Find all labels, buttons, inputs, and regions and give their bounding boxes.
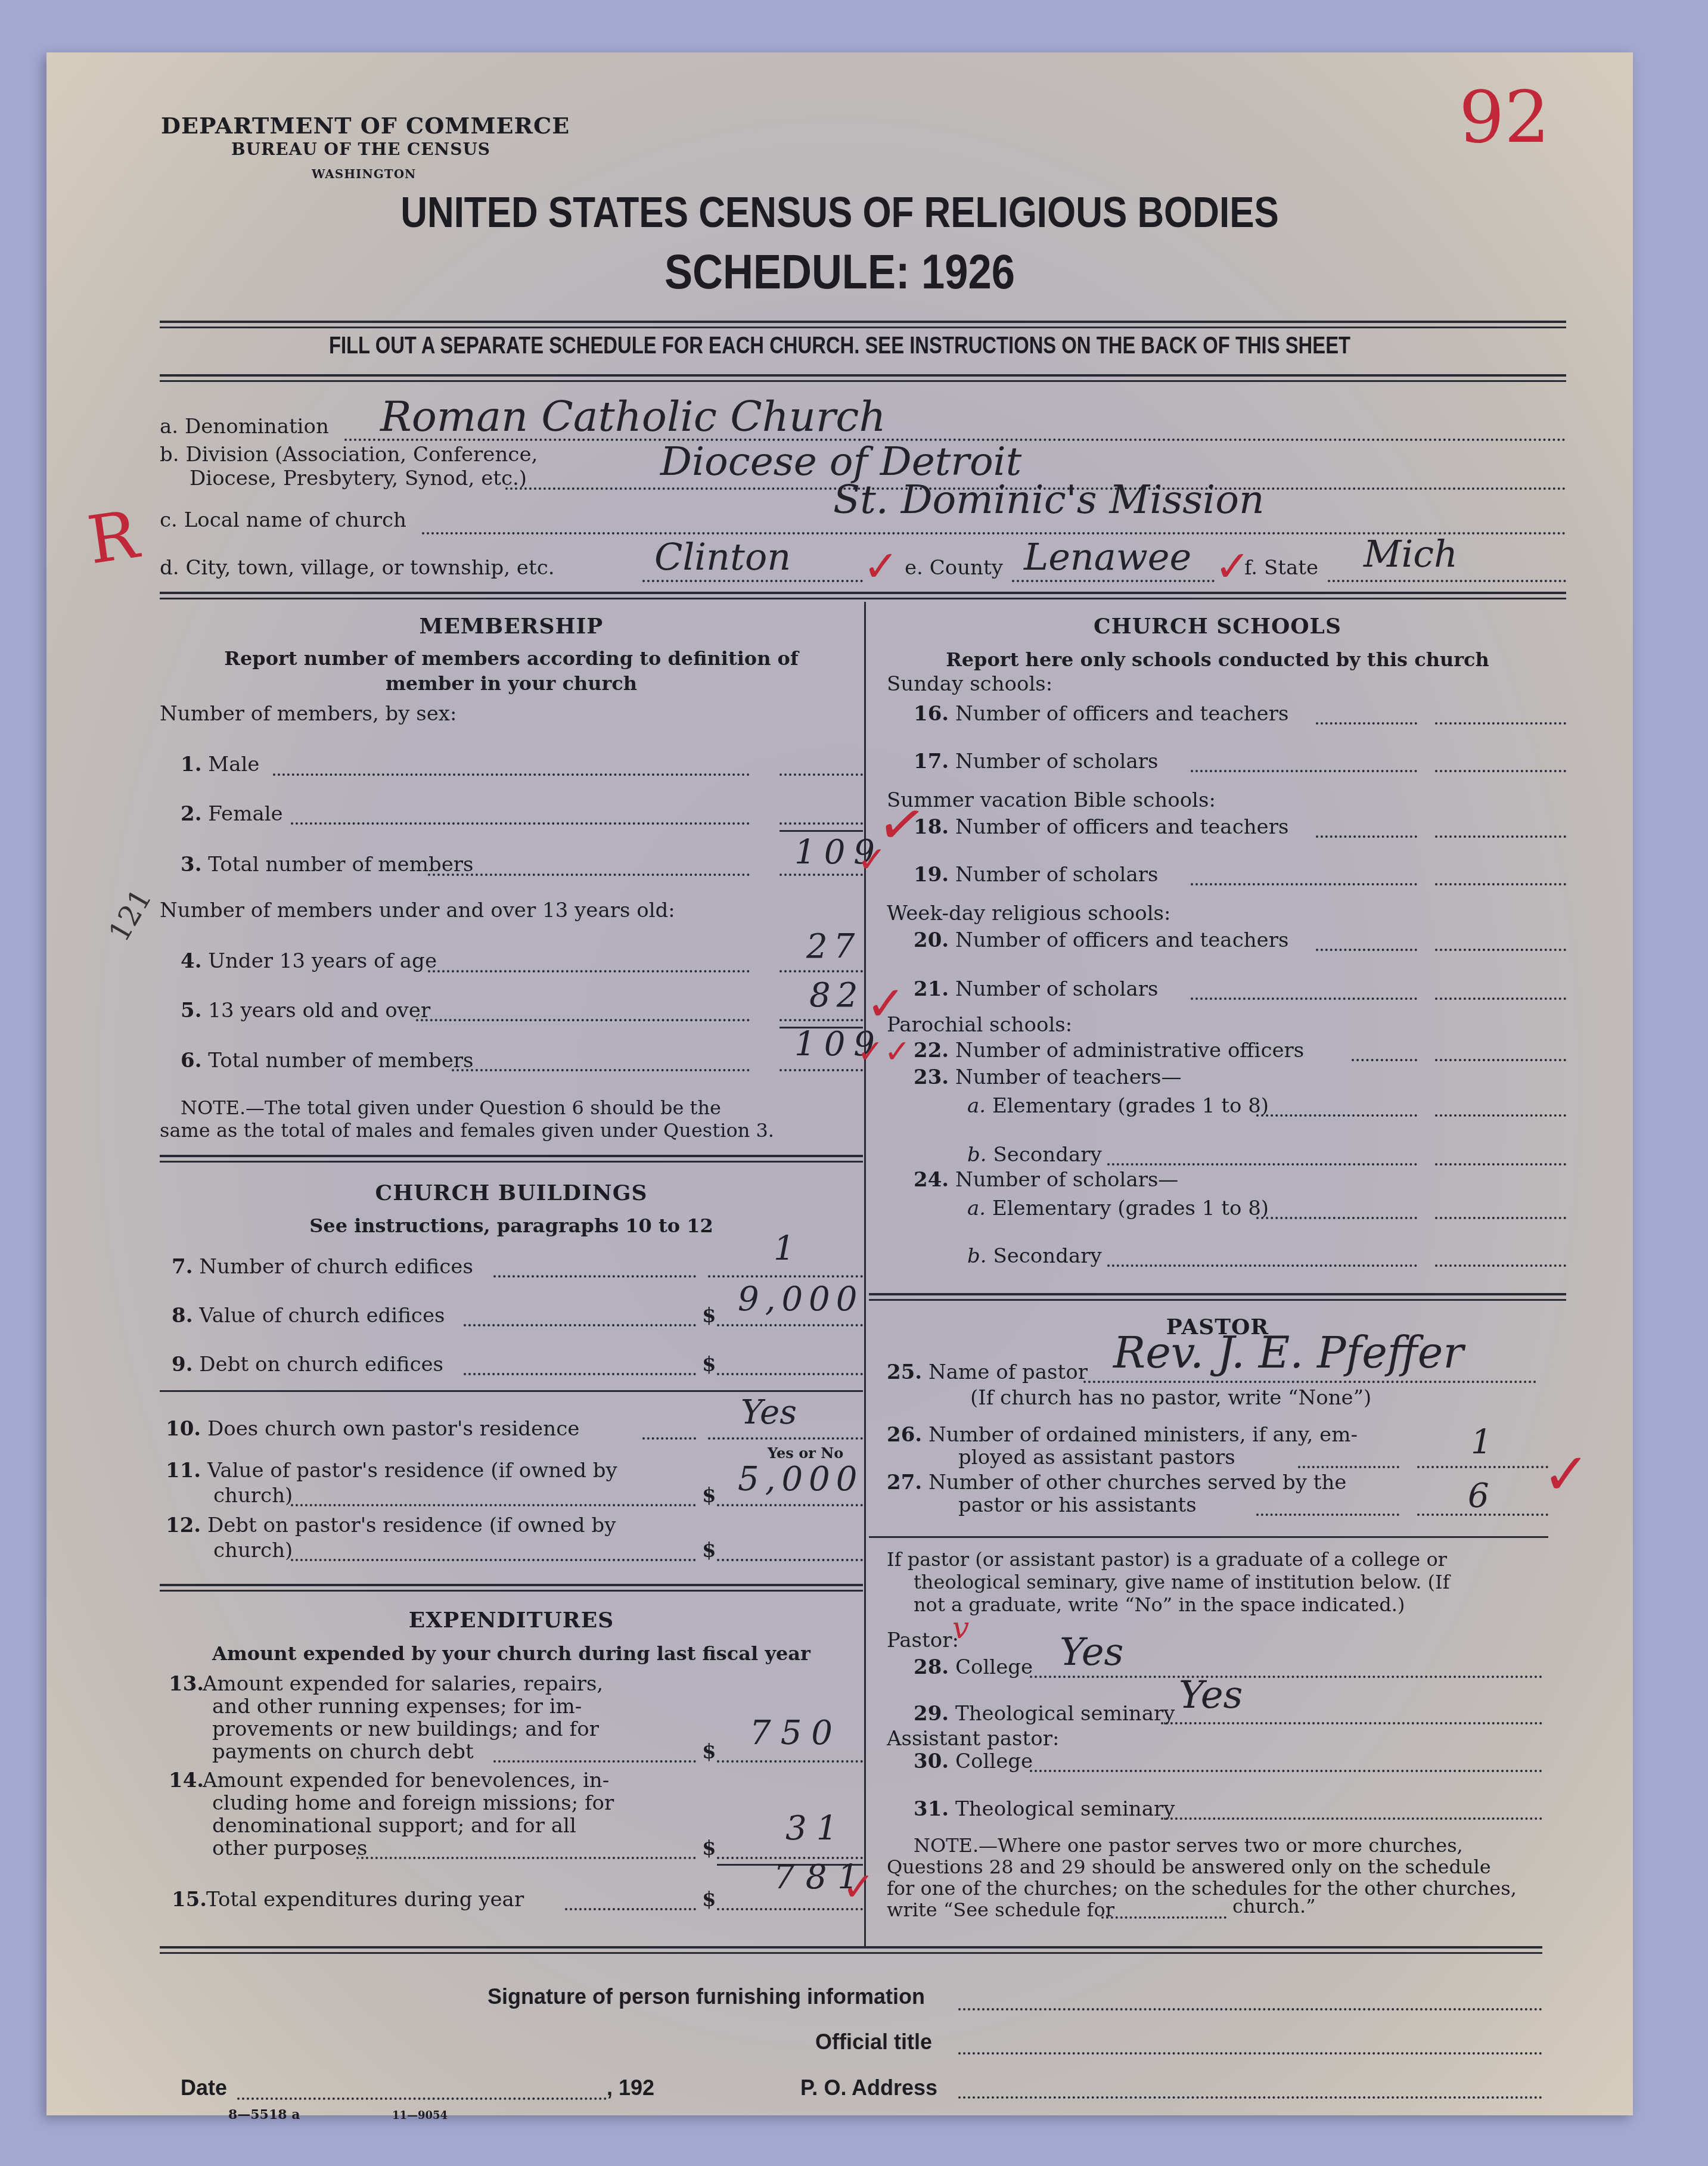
county-line	[1012, 580, 1215, 582]
exp-14-line-3: denominational support; and for all	[212, 1814, 576, 1838]
seminary-label: Theological seminary	[955, 1702, 1175, 1726]
other-churches-label-1: Number of other churches served by the	[928, 1471, 1347, 1494]
teachers-elementary-field[interactable]	[1435, 1114, 1566, 1117]
leader	[1316, 722, 1417, 725]
red-check-icon: ✓	[863, 541, 899, 591]
pastor-note-2: Questions 28 and 29 should be answered o…	[887, 1856, 1491, 1878]
item-number: 8.	[172, 1304, 193, 1328]
admin-officers-label: Number of administrative officers	[955, 1039, 1304, 1062]
leader	[493, 1760, 696, 1763]
summer-scholars-field[interactable]	[1435, 883, 1566, 885]
sunday-teachers-label: Number of officers and teachers	[955, 702, 1288, 726]
sunday-schools-label: Sunday schools:	[887, 672, 1052, 696]
red-check-icon: ✓	[866, 976, 906, 1031]
pastor-subheading: Pastor:	[887, 1629, 959, 1652]
form-subtitle: SCHEDULE: 1926	[157, 244, 1521, 300]
item-number: 20.	[914, 928, 949, 952]
item-number: 4.	[181, 949, 202, 973]
item-number: 10.	[166, 1417, 201, 1441]
local-name-field[interactable]: St. Dominic's Mission	[833, 477, 1264, 523]
pastor-name-line	[1083, 1381, 1536, 1383]
leader	[291, 1559, 696, 1561]
county-label: e. County	[905, 556, 1003, 580]
pastor-mid-rule	[869, 1536, 1548, 1538]
leader	[1256, 1514, 1399, 1516]
sum-rule	[780, 830, 863, 832]
scholars-secondary-field[interactable]	[1435, 1264, 1566, 1267]
leader	[1107, 1264, 1417, 1267]
weekday-scholars-label: Number of scholars	[955, 977, 1158, 1001]
state-label: f. State	[1244, 556, 1318, 580]
residence-debt-field[interactable]	[717, 1559, 863, 1561]
item-letter: a.	[967, 1197, 986, 1220]
summer-scholars-label: Number of scholars	[955, 863, 1158, 887]
edifices-count-label: Number of church edifices	[199, 1255, 473, 1279]
teachers-secondary-field[interactable]	[1435, 1163, 1566, 1166]
total-2-leader	[452, 1069, 750, 1071]
leader	[291, 1504, 696, 1506]
leader	[1316, 949, 1417, 951]
date-label: Date	[181, 2075, 227, 2100]
bureau-city: WASHINGTON	[312, 167, 416, 181]
sunday-scholars-field[interactable]	[1435, 770, 1566, 772]
exp-13-line-3: provements or new buildings; and for	[212, 1717, 599, 1741]
dollar-sign: $	[702, 1888, 716, 1912]
exp-14-line-4: other purposes	[212, 1836, 367, 1860]
leader	[1191, 883, 1417, 885]
membership-subtitle-1: Report number of members according to de…	[160, 647, 863, 670]
leader	[565, 1908, 696, 1910]
header-rule-top-2	[160, 327, 1566, 328]
leader	[356, 1857, 696, 1859]
red-double-check-icon: ✓✓	[857, 1033, 911, 1070]
church-schools-title: CHURCH SCHOOLS	[869, 614, 1566, 639]
identification-rule	[160, 592, 1566, 594]
female-field[interactable]	[780, 822, 863, 825]
leader	[1191, 770, 1417, 772]
leader	[464, 1373, 696, 1375]
teachers-label: Number of teachers—	[955, 1065, 1182, 1089]
graduate-instructions-2: theological seminary, give name of insti…	[914, 1571, 1450, 1593]
church-buildings-title: CHURCH BUILDINGS	[160, 1180, 863, 1205]
red-check-icon: ✓	[1542, 1441, 1590, 1508]
item-number: 21.	[914, 977, 949, 1001]
summer-teachers-field[interactable]	[1435, 835, 1566, 838]
membership-note-2: same as the total of males and females g…	[160, 1119, 774, 1142]
by-age-label: Number of members under and over 13 year…	[160, 899, 675, 922]
owns-residence-field[interactable]: Yes	[741, 1393, 797, 1432]
item-number: 17.	[914, 750, 949, 773]
buildings-mid-rule	[160, 1390, 863, 1392]
admin-officers-field[interactable]	[1435, 1059, 1566, 1061]
item-letter: a.	[967, 1094, 986, 1118]
under-13-line	[780, 970, 863, 972]
college-field[interactable]: Yes	[1060, 1630, 1123, 1674]
assistants-label-2: ployed as assistant pastors	[958, 1446, 1235, 1469]
summer-schools-label: Summer vacation Bible schools:	[887, 788, 1216, 812]
bureau-name: BUREAU OF THE CENSUS	[231, 139, 490, 159]
total-2-line	[780, 1069, 863, 1071]
exp-14-line-1: Amount expended for benevolences, in-	[203, 1769, 609, 1792]
pastor-name-label: Name of pastor	[928, 1360, 1088, 1384]
total-members-label: Total number of members	[208, 853, 473, 877]
pastor-note-3: for one of the churches; on the schedule…	[887, 1877, 1517, 1900]
form-title: UNITED STATES CENSUS OF RELIGIOUS BODIES	[157, 188, 1521, 237]
answer-line	[708, 1275, 863, 1278]
print-number: 11—9054	[392, 2109, 448, 2122]
membership-rule-2	[160, 1161, 863, 1163]
leader	[1191, 997, 1417, 1000]
total-members-2-label: Total number of members	[208, 1049, 473, 1073]
asst-college-label: College	[955, 1749, 1033, 1773]
pastor-name-field[interactable]: Rev. J. E. Pfeffer	[1113, 1328, 1464, 1378]
column-divider	[864, 602, 866, 1949]
male-leader	[273, 773, 750, 776]
seminary-field[interactable]: Yes	[1179, 1673, 1243, 1717]
state-field[interactable]: Mich	[1364, 532, 1458, 576]
department-name: DEPARTMENT OF COMMERCE	[161, 112, 570, 139]
item-number: 1.	[181, 753, 202, 776]
date-year-prefix: , 192	[607, 2075, 654, 2100]
exp-14-line-2: cluding home and foreign missions; for	[212, 1791, 614, 1815]
answer-line	[717, 1760, 863, 1763]
dollar-sign: $	[702, 1836, 716, 1860]
church-schools-subtitle: Report here only schools conducted by th…	[869, 648, 1566, 671]
under-13-leader	[428, 970, 750, 972]
answer-line	[1417, 1466, 1548, 1468]
census-form-sheet: DEPARTMENT OF COMMERCE BUREAU OF THE CEN…	[46, 52, 1633, 2115]
item-number: 25.	[887, 1360, 922, 1384]
owns-residence-label: Does church own pastor's residence	[207, 1417, 579, 1441]
no-pastor-hint: (If church has no pastor, write “None”)	[970, 1386, 1371, 1410]
dollar-sign: $	[702, 1740, 716, 1764]
form-instruction: FILL OUT A SEPARATE SCHEDULE FOR EACH CH…	[190, 332, 1490, 359]
po-address-label: P. O. Address	[800, 2075, 937, 2100]
buildings-rule	[160, 1584, 863, 1586]
college-line	[1030, 1676, 1542, 1678]
sunday-scholars-label: Number of scholars	[955, 750, 1158, 773]
under-13-label: Under 13 years of age	[208, 949, 437, 973]
denomination-field[interactable]: Roman Catholic Church	[380, 392, 886, 441]
leader	[1256, 1114, 1417, 1117]
bottom-rule-2	[160, 1952, 1542, 1954]
item-number: 13.	[169, 1672, 204, 1696]
leader	[642, 1437, 696, 1440]
item-number: 26.	[887, 1423, 922, 1447]
item-number: 6.	[181, 1049, 202, 1073]
item-number: 28.	[914, 1655, 949, 1679]
answer-line	[717, 1908, 863, 1910]
item-number: 24.	[914, 1168, 949, 1192]
female-leader	[291, 822, 750, 825]
identification-rule-2	[160, 598, 1566, 599]
red-r-margin-mark: R	[83, 496, 142, 579]
item-letter: b.	[967, 1143, 987, 1167]
asst-college-field[interactable]	[1030, 1770, 1542, 1772]
scholars-secondary-label: Secondary	[993, 1244, 1101, 1268]
item-number: 30.	[914, 1749, 949, 1773]
schools-rule-2	[869, 1299, 1566, 1301]
item-number: 5.	[181, 999, 202, 1023]
item-number: 22.	[914, 1039, 949, 1062]
expenditures-title: EXPENDITURES	[160, 1608, 863, 1633]
denomination-label: a. Denomination	[160, 415, 329, 439]
residence-debt-label-1: Debt on pastor's residence (if owned by	[207, 1514, 616, 1537]
pastor-note-4b: church.”	[1232, 1895, 1316, 1918]
edifices-count-field[interactable]: 1	[774, 1229, 795, 1268]
leader	[493, 1275, 696, 1278]
leader	[464, 1324, 696, 1326]
parochial-schools-label: Parochial schools:	[887, 1013, 1072, 1037]
item-number: 19.	[914, 863, 949, 887]
residence-value-label-2: church)	[213, 1484, 293, 1508]
graduate-instructions-3: not a graduate, write “No” in the space …	[914, 1593, 1405, 1616]
other-churches-field[interactable]: 6	[1468, 1477, 1489, 1515]
edifices-debt-field[interactable]	[717, 1373, 863, 1375]
church-buildings-subtitle: See instructions, paragraphs 10 to 12	[160, 1214, 863, 1237]
dollar-sign: $	[702, 1353, 716, 1376]
membership-note-1: NOTE.—The total given under Question 6 s…	[181, 1096, 721, 1119]
date-field[interactable]	[237, 2097, 607, 2100]
po-address-field[interactable]	[958, 2096, 1542, 2099]
weekday-teachers-field[interactable]	[1435, 949, 1566, 951]
weekday-scholars-field[interactable]	[1435, 997, 1566, 1000]
red-check-icon: ✓	[842, 1864, 875, 1910]
red-check-icon: ✓	[872, 788, 931, 862]
answer-line	[717, 1324, 863, 1326]
answer-line	[717, 1504, 863, 1506]
expenditures-subtitle: Amount expended by your church during la…	[160, 1642, 863, 1665]
signature-field[interactable]	[958, 2008, 1542, 2010]
seminary-line	[1161, 1722, 1542, 1724]
exp-13-line-4: payments on church debt	[212, 1740, 474, 1764]
city-label: d. City, town, village, or township, etc…	[160, 556, 555, 580]
over-13-label: 13 years old and over	[208, 999, 430, 1023]
scholars-elementary-field[interactable]	[1435, 1217, 1566, 1219]
item-number: 11.	[166, 1459, 201, 1483]
item-number: 27.	[887, 1471, 922, 1494]
benevolences-field[interactable]: 31	[785, 1809, 847, 1848]
city-field[interactable]: Clinton	[654, 535, 791, 579]
by-sex-label: Number of members, by sex:	[160, 702, 456, 726]
teachers-elementary-label: Elementary (grades 1 to 8)	[992, 1094, 1269, 1118]
schools-rule	[869, 1293, 1566, 1295]
item-number: 12.	[166, 1514, 201, 1537]
dollar-sign: $	[702, 1484, 716, 1508]
item-letter: b.	[967, 1244, 987, 1268]
exp-13-line-1: Amount expended for salaries, repairs,	[203, 1672, 603, 1696]
leader	[1316, 835, 1417, 838]
summer-teachers-label: Number of officers and teachers	[955, 815, 1288, 839]
division-label-1: b. Division (Association, Conference,	[160, 443, 538, 467]
pastor-note-1: NOTE.—Where one pastor serves two or mor…	[914, 1834, 1463, 1857]
male-label: Male	[208, 753, 259, 776]
item-number: 23.	[914, 1065, 949, 1089]
asst-seminary-label: Theological seminary	[955, 1797, 1175, 1821]
item-number: 2.	[181, 802, 202, 826]
college-label: College	[955, 1655, 1033, 1679]
dollar-sign: $	[702, 1304, 716, 1328]
assistant-pastor-subheading: Assistant pastor:	[887, 1727, 1059, 1751]
scholars-elementary-label: Elementary (grades 1 to 8)	[992, 1197, 1269, 1220]
buildings-rule-2	[160, 1590, 863, 1592]
see-schedule-field[interactable]	[1101, 1916, 1226, 1919]
item-number: 15.	[172, 1888, 207, 1912]
page-number-annotation: 92	[1459, 76, 1550, 159]
total-leader	[428, 874, 750, 876]
item-number: 16.	[914, 702, 949, 726]
header-rule-bottom-2	[160, 380, 1566, 382]
item-number: 7.	[172, 1255, 193, 1279]
item-number: 3.	[181, 853, 202, 877]
over-13-leader	[416, 1019, 750, 1021]
pastor-note-4a: write “See schedule for	[887, 1898, 1114, 1921]
graduate-instructions-1: If pastor (or assistant pastor) is a gra…	[887, 1548, 1447, 1571]
local-name-label: c. Local name of church	[160, 508, 406, 532]
leader	[1256, 1217, 1417, 1219]
membership-rule	[160, 1155, 863, 1157]
signature-label: Signature of person furnishing informati…	[487, 1984, 925, 2009]
bottom-rule	[160, 1946, 1542, 1949]
other-churches-label-2: pastor or his assistants	[958, 1493, 1197, 1517]
city-line	[642, 580, 863, 582]
exp-15-label: Total expenditures during year	[206, 1888, 524, 1912]
residence-debt-label-2: church)	[213, 1539, 293, 1562]
dollar-sign: $	[702, 1539, 716, 1562]
header-rule-top	[160, 321, 1566, 323]
leader	[1298, 1466, 1399, 1468]
item-number: 31.	[914, 1797, 949, 1821]
female-label: Female	[208, 802, 282, 826]
male-field[interactable]	[780, 773, 863, 776]
edifices-value-field[interactable]: 9,000	[738, 1280, 863, 1319]
asst-seminary-field[interactable]	[1161, 1817, 1542, 1820]
weekday-schools-label: Week-day religious schools:	[887, 902, 1170, 925]
exp-13-line-2: and other running expenses; for im-	[212, 1695, 582, 1718]
residence-value-field[interactable]: 5,000	[738, 1460, 863, 1499]
answer-line	[708, 1437, 863, 1440]
division-label-2: Diocese, Presbytery, Synod, etc.)	[190, 467, 527, 490]
official-title-field[interactable]	[958, 2052, 1542, 2055]
margin-note-121: 121	[103, 883, 159, 947]
leader	[1352, 1059, 1417, 1061]
yes-or-no-hint: Yes or No	[768, 1444, 843, 1462]
scholars-label: Number of scholars—	[955, 1168, 1178, 1192]
membership-subtitle-2: member in your church	[160, 672, 863, 695]
assistants-label-1: Number of ordained ministers, if any, em…	[928, 1423, 1358, 1447]
leader	[1107, 1163, 1417, 1166]
over-13-line	[780, 1019, 863, 1021]
red-tick-mark: v	[952, 1611, 969, 1645]
header-rule-bottom	[160, 374, 1566, 377]
item-number: 9.	[172, 1353, 193, 1376]
under-13-field[interactable]: 27	[806, 927, 861, 966]
residence-value-label-1: Value of pastor's residence (if owned by	[207, 1459, 617, 1483]
state-line	[1328, 580, 1566, 582]
over-13-field[interactable]: 82	[809, 976, 864, 1015]
assistant-pastors-field[interactable]: 1	[1471, 1423, 1492, 1462]
teachers-secondary-label: Secondary	[993, 1143, 1101, 1167]
official-title-label: Official title	[815, 2030, 932, 2055]
form-number: 8—5518 a	[228, 2107, 300, 2123]
membership-title: MEMBERSHIP	[160, 614, 863, 639]
weekday-teachers-label: Number of officers and teachers	[955, 928, 1288, 952]
operating-expenses-field[interactable]: 750	[750, 1714, 842, 1752]
item-number: 29.	[914, 1702, 949, 1726]
total-line	[780, 874, 863, 876]
county-field[interactable]: Lenawee	[1024, 535, 1191, 579]
edifices-debt-label: Debt on church edifices	[199, 1353, 443, 1376]
edifices-value-label: Value of church edifices	[199, 1304, 445, 1328]
sunday-teachers-field[interactable]	[1435, 722, 1566, 725]
item-number: 14.	[169, 1769, 204, 1792]
